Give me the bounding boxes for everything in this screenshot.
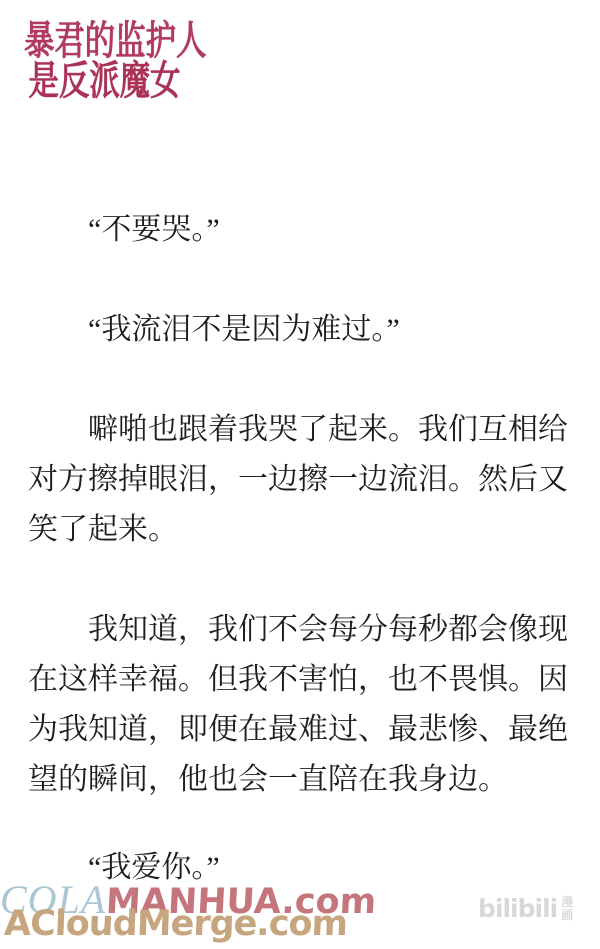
text-line: “不要哭。” bbox=[28, 205, 572, 255]
text-line: 笑了起来。 bbox=[28, 505, 572, 555]
novel-text: “不要哭。” “我流泪不是因为难过。” 噼啪也跟着我哭了起来。我们互相给 对方擦… bbox=[28, 205, 572, 943]
paragraph-2: “我流泪不是因为难过。” bbox=[28, 305, 572, 355]
text-line: “我流泪不是因为难过。” bbox=[28, 305, 572, 355]
series-logo-line2: 是反派魔女 bbox=[29, 60, 207, 102]
text-line: 望的瞬间，他也会一直陪在我身边。 bbox=[28, 755, 572, 805]
series-logo-line1: 暴君的监护人 bbox=[24, 20, 206, 62]
text-line: 在这样幸福。但我不害怕，也不畏惧。因 bbox=[28, 655, 572, 705]
bilibili-badge-char-top: 漫 bbox=[561, 896, 573, 909]
series-logo: 暴君的监护人 是反派魔女 bbox=[24, 20, 206, 102]
bilibili-manhua-badge: 漫 画 bbox=[561, 896, 573, 922]
watermark-bilibili-logo: bilibili 漫 画 bbox=[478, 894, 573, 923]
paragraph-3: 噼啪也跟着我哭了起来。我们互相给 对方擦掉眼泪，一边擦一边流泪。然后又 笑了起来… bbox=[28, 405, 572, 555]
text-line: 为我知道，即便在最难过、最悲惨、最绝 bbox=[28, 705, 572, 755]
watermark-acloudmerge: ACloudMerge.com bbox=[3, 902, 348, 946]
paragraph-1: “不要哭。” bbox=[28, 205, 572, 255]
text-line: 噼啪也跟着我哭了起来。我们互相给 bbox=[28, 405, 572, 455]
paragraph-4: 我知道，我们不会每分每秒都会像现 在这样幸福。但我不害怕，也不畏惧。因 为我知道… bbox=[28, 605, 572, 805]
text-line: 对方擦掉眼泪，一边擦一边流泪。然后又 bbox=[28, 455, 572, 505]
text-line: 我知道，我们不会每分每秒都会像现 bbox=[28, 605, 572, 655]
bilibili-wordmark: bilibili bbox=[478, 894, 557, 923]
comic-novel-page: 暴君的监护人 是反派魔女 “不要哭。” “我流泪不是因为难过。” 噼啪也跟着我哭… bbox=[0, 0, 600, 949]
bilibili-badge-char-bottom: 画 bbox=[561, 909, 573, 922]
